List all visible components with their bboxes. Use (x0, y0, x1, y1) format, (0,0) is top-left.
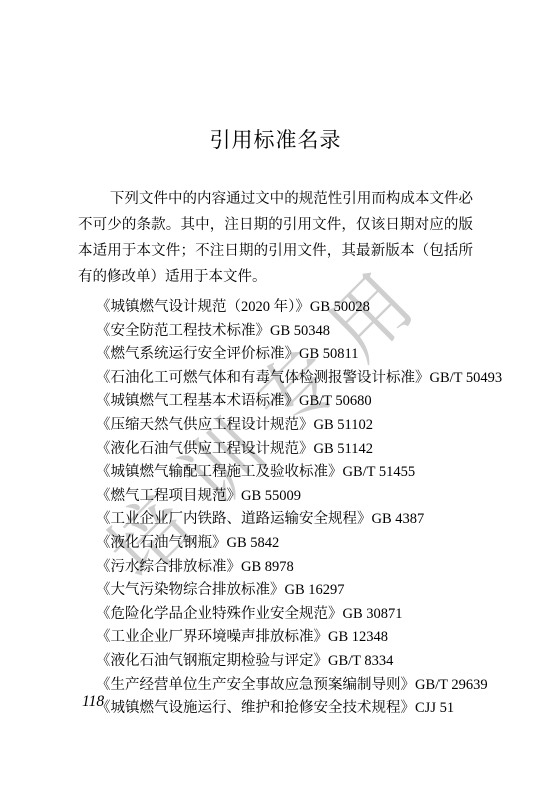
standard-code: GB 4387 (372, 511, 425, 527)
standards-list: 《城镇燃气设计规范（2020 年）》GB 50028 《安全防范工程技术标准》G… (78, 296, 551, 721)
standard-title: 《燃气系统运行安全评价标准》 (96, 346, 299, 362)
standard-code: GB 16297 (285, 582, 345, 598)
standard-title: 《大气污染物综合排放标准》 (96, 582, 285, 598)
standard-item: 《压缩天然气供应工程设计规范》GB 51102 (96, 414, 551, 438)
standard-code: GB/T 50493 (430, 370, 503, 386)
standard-code: GB 50348 (270, 323, 330, 339)
standard-title: 《工业企业厂界环境噪声排放标准》 (96, 629, 328, 645)
standard-item: 《液化石油气供应工程设计规范》GB 51142 (96, 438, 551, 462)
standard-code: GB 8978 (241, 559, 294, 575)
page-title: 引用标准名录 (0, 0, 551, 154)
standard-item: 《大气污染物综合排放标准》GB 16297 (96, 579, 551, 603)
standard-title: 《城镇燃气输配工程施工及验收标准》 (96, 464, 343, 480)
intro-paragraph: 下列文件中的内容通过文中的规范性引用而构成本文件必不可少的条款。其中，注日期的引… (78, 186, 473, 290)
standard-item: 《燃气系统运行安全评价标准》GB 50811 (96, 343, 551, 367)
standard-item: 《石油化工可燃气体和有毒气体检测报警设计标准》GB/T 50493 (96, 367, 551, 391)
standard-item: 《城镇燃气输配工程施工及验收标准》GB/T 51455 (96, 461, 551, 485)
standard-title: 《液化石油气供应工程设计规范》 (96, 441, 314, 457)
standard-title: 《污水综合排放标准》 (96, 559, 241, 575)
standard-item: 《污水综合排放标准》GB 8978 (96, 556, 551, 580)
standard-code: GB 51102 (314, 417, 373, 433)
standard-title: 《石油化工可燃气体和有毒气体检测报警设计标准》 (96, 370, 430, 386)
standard-title: 《危险化学品企业特殊作业安全规范》 (96, 606, 343, 622)
standard-item: 《安全防范工程技术标准》GB 50348 (96, 320, 551, 344)
standard-item: 《城镇燃气设施运行、维护和抢修安全技术规程》CJJ 51 (96, 697, 551, 721)
standard-code: GB 51142 (314, 441, 373, 457)
document-page: 培训专用 引用标准名录 下列文件中的内容通过文中的规范性引用而构成本文件必不可少… (0, 0, 551, 790)
standard-title: 《城镇燃气设施运行、维护和抢修安全技术规程》 (96, 700, 415, 716)
standard-title: 《压缩天然气供应工程设计规范》 (96, 417, 314, 433)
standard-item: 《液化石油气钢瓶》GB 5842 (96, 532, 551, 556)
standard-title: 《燃气工程项目规范》 (96, 488, 241, 504)
standard-item: 《工业企业厂内铁路、道路运输安全规程》GB 4387 (96, 508, 551, 532)
standard-title: 《安全防范工程技术标准》 (96, 323, 270, 339)
page-number: 118 (82, 693, 104, 711)
standard-code: GB 50028 (310, 299, 370, 315)
standard-item: 《液化石油气钢瓶定期检验与评定》GB/T 8334 (96, 650, 551, 674)
standard-item: 《城镇燃气设计规范（2020 年）》GB 50028 (96, 296, 551, 320)
standard-item: 《燃气工程项目规范》GB 55009 (96, 485, 551, 509)
standard-title: 《工业企业厂内铁路、道路运输安全规程》 (96, 511, 372, 527)
standard-title: 《城镇燃气工程基本术语标准》 (96, 393, 299, 409)
standard-code: GB 5842 (227, 535, 280, 551)
standard-code: GB 30871 (343, 606, 403, 622)
standard-item: 《工业企业厂界环境噪声排放标准》GB 12348 (96, 626, 551, 650)
standard-code: GB/T 51455 (343, 464, 416, 480)
standard-code: GB 50811 (299, 346, 358, 362)
standard-code: GB 12348 (328, 629, 388, 645)
standard-title: 《生产经营单位生产安全事故应急预案编制导则》 (96, 677, 415, 693)
standard-title: 《液化石油气钢瓶》 (96, 535, 227, 551)
standard-code: CJJ 51 (415, 700, 454, 716)
standard-code: GB 55009 (241, 488, 301, 504)
standard-item: 《危险化学品企业特殊作业安全规范》GB 30871 (96, 603, 551, 627)
standard-item: 《城镇燃气工程基本术语标准》GB/T 50680 (96, 390, 551, 414)
standard-title: 《城镇燃气设计规范（2020 年）》 (96, 299, 310, 315)
standard-code: GB/T 29639 (415, 677, 488, 693)
standard-title: 《液化石油气钢瓶定期检验与评定》 (96, 653, 328, 669)
standard-item: 《生产经营单位生产安全事故应急预案编制导则》GB/T 29639 (96, 674, 551, 698)
page-content: 引用标准名录 下列文件中的内容通过文中的规范性引用而构成本文件必不可少的条款。其… (0, 0, 551, 721)
standard-code: GB/T 8334 (328, 653, 393, 669)
standard-code: GB/T 50680 (299, 393, 372, 409)
